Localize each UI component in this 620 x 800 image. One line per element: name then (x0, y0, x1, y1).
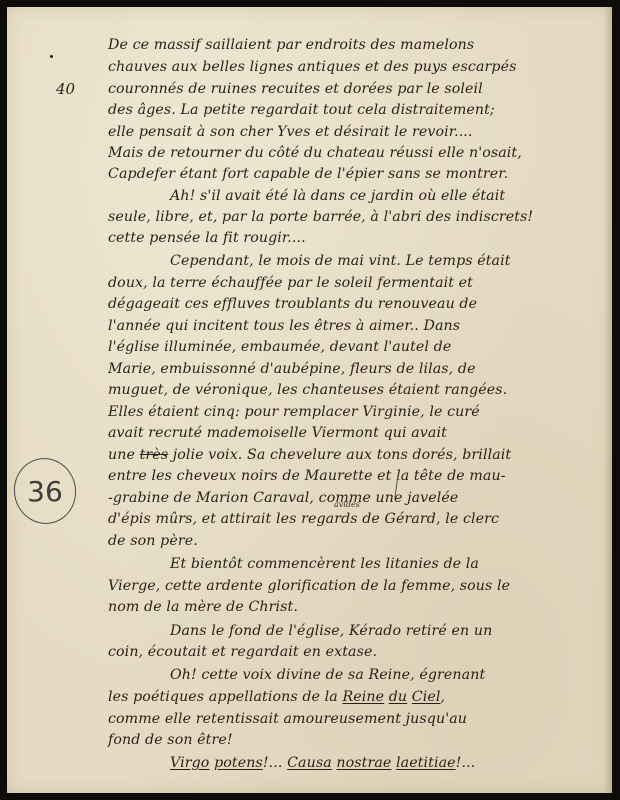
margin-page-number: 40 (56, 80, 75, 98)
text-line: Vierge, cette ardente glorification de l… (108, 577, 510, 595)
text-line: l'année qui incitent tous les êtres à ai… (108, 317, 460, 335)
text-line: les poétiques appellations de la Reine d… (108, 688, 445, 706)
text-line: Ah! s'il avait été là dans ce jardin où … (170, 187, 505, 205)
text-line: Elles étaient cinq: pour remplacer Virgi… (108, 403, 480, 421)
folio-number: 36 (15, 459, 75, 523)
interlinear-insertion: avides (334, 500, 360, 509)
folio-circle: 36 (8, 452, 82, 529)
text-line: Dans le fond de l'église, Kérado retiré … (170, 622, 492, 640)
text-line: Capdefer étant fort capable de l'épier s… (108, 165, 508, 183)
text-line: Marie, embuissonné d'aubépine, fleurs de… (108, 360, 476, 378)
paper-edge-shadow (604, 7, 612, 793)
text-line: chauves aux belles lignes antiques et de… (108, 58, 516, 76)
text-word: une (108, 447, 135, 463)
text-line: Oh! cette voix divine de sa Reine, égren… (170, 666, 485, 684)
text-line: Virgo potens!... Causa nostrae laetitiae… (170, 754, 475, 772)
text-line: de son père. (108, 532, 198, 550)
text-line: muguet, de véronique, les chanteuses éta… (108, 381, 507, 399)
text-line: entre les cheveux noirs de Maurette et l… (108, 467, 506, 485)
text-line: doux, la terre échauffée par le soleil f… (108, 274, 473, 292)
text-line: dégageait ces effluves troublants du ren… (108, 295, 477, 313)
text-fragment: jolie voix. Sa chevelure aux tons dorés,… (168, 447, 511, 463)
text-line: des âges. La petite regardait tout cela … (108, 101, 495, 119)
text-line: comme elle retentissait amoureusement ju… (108, 710, 467, 728)
underlined-word: Reine (342, 689, 384, 705)
text-line: Mais de retourner du côté du chateau réu… (108, 144, 522, 162)
underlined-word: potens (214, 755, 263, 771)
underlined-word: laetitiae (396, 755, 456, 771)
text-line: fond de son être! (108, 731, 233, 749)
underlined-word: Ciel (412, 689, 441, 705)
text-line: l'église illuminée, embaumée, devant l'a… (108, 338, 451, 356)
text-line: avait recruté mademoiselle Viermont qui … (108, 424, 447, 442)
text-line: couronnés de ruines recuites et dorées p… (108, 80, 483, 98)
text-line: seule, libre, et, par la porte barrée, à… (108, 208, 533, 226)
underlined-word: Causa (287, 755, 332, 771)
text-line: Cependant, le mois de mai vint. Le temps… (170, 252, 511, 270)
text-fragment: !... (456, 755, 476, 771)
text-line: une très jolie voix. Sa chevelure aux to… (108, 446, 511, 464)
text-line: cette pensée la fit rougir.... (108, 229, 306, 247)
text-line: De ce massif saillaient par endroits des… (108, 36, 474, 54)
text-fragment: , (441, 689, 446, 705)
text-fragment: !... (263, 755, 287, 771)
text-line: nom de la mère de Christ. (108, 598, 298, 616)
underlined-word: du (389, 689, 407, 705)
text-line: elle pensait à son cher Yves et désirait… (108, 123, 473, 141)
underlined-word: nostrae (336, 755, 391, 771)
text-line: -grabine de Marion Caraval, comme une ja… (108, 489, 458, 507)
text-fragment: les poétiques appellations de la (108, 689, 338, 705)
text-line: coin, écoutait et regardait en extase. (108, 643, 377, 661)
struck-word: très (140, 447, 169, 463)
text-line: Et bientôt commencèrent les litanies de … (170, 555, 479, 573)
text-line: d'épis mûrs, et attirait les regards de … (108, 510, 499, 528)
underlined-word: Virgo (170, 755, 209, 771)
